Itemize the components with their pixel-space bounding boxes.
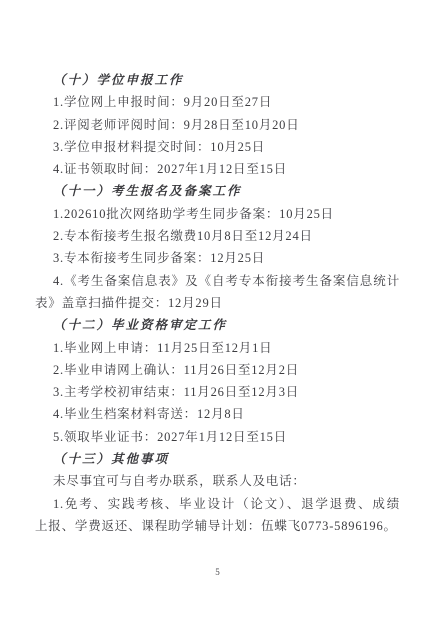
text-line: 3.主考学校初审结束：11月26日至12月3日 — [35, 381, 400, 403]
text-line: 2.毕业申请网上确认：11月26日至12月2日 — [35, 359, 400, 381]
text-line: 1.毕业网上申请：11月25日至12月1日 — [35, 337, 400, 359]
text-line: 4.《考生备案信息表》及《自考专本衔接考生备案信息统计 — [35, 270, 400, 292]
page-number: 5 — [35, 561, 400, 583]
text-line: 1.免考、实践考核、毕业设计（论文）、退学退费、成绩 — [35, 493, 400, 515]
text-line: 2.评阅老师评阅时间：9月28日至10月20日 — [35, 114, 400, 136]
text-line: 4.毕业生档案材料寄送：12月8日 — [35, 403, 400, 425]
text-line: 上报、学费返还、课程助学辅导计划：伍蝶飞0773-5896196。 — [35, 515, 400, 537]
text-line: 1.202610批次网络助学考生同步备案：10月25日 — [35, 203, 400, 225]
text-line: 3.学位申报材料提交时间：10月25日 — [35, 136, 400, 158]
text-line: 4.证书领取时间：2027年1月12日至15日 — [35, 158, 400, 180]
section-heading-11: （十一）考生报名及备案工作 — [35, 180, 400, 202]
section-heading-12: （十二）毕业资格审定工作 — [35, 314, 400, 336]
section-heading-10: （十）学位申报工作 — [35, 69, 400, 91]
section-heading-13: （十三）其他事项 — [35, 448, 400, 470]
document-page: （十）学位申报工作 1.学位网上申报时间：9月20日至27日 2.评阅老师评阅时… — [0, 0, 433, 620]
text-line: 5.领取毕业证书：2027年1月12日至15日 — [35, 426, 400, 448]
text-line: 未尽事宜可与自考办联系，联系人及电话： — [35, 470, 400, 492]
text-line: 2.专本衔接考生报名缴费10月8日至12月24日 — [35, 225, 400, 247]
text-line: 表》盖章扫描件提交：12月29日 — [35, 292, 400, 314]
text-line: 1.学位网上申报时间：9月20日至27日 — [35, 91, 400, 113]
text-line: 3.专本衔接考生同步备案：12月25日 — [35, 247, 400, 269]
